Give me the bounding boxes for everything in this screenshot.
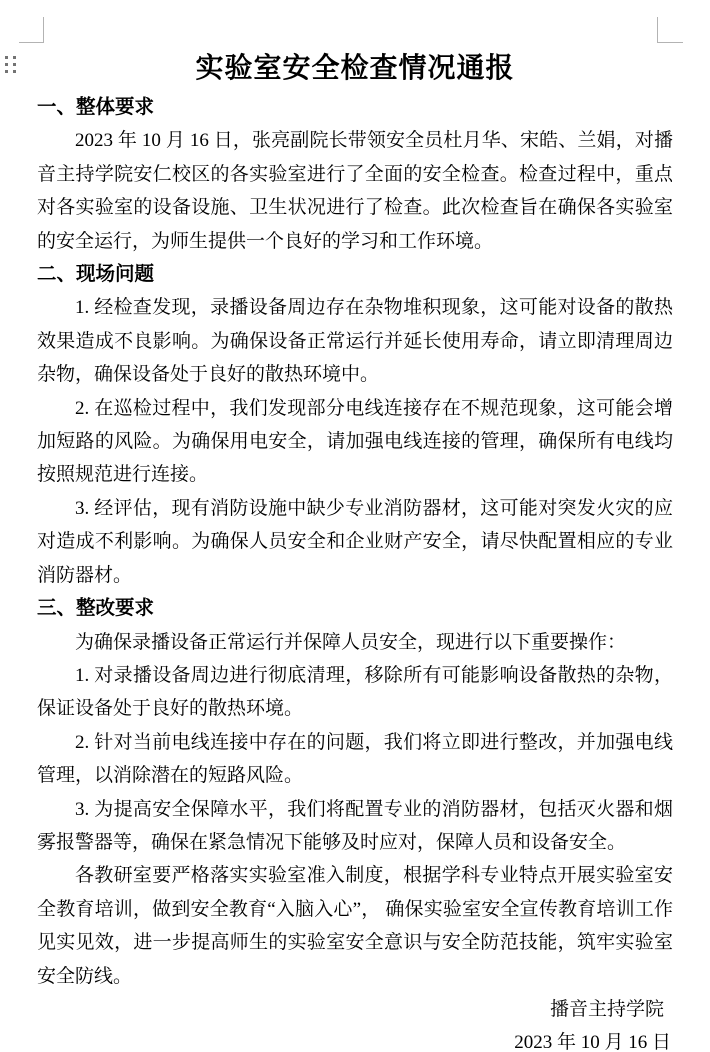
date: 2023 年 10 月 16 日 bbox=[37, 1026, 673, 1052]
paragraph: 1. 对录播设备周边进行彻底清理，移除所有可能影响设备散热的杂物，保证设备处于良… bbox=[37, 659, 673, 726]
paragraph: 2. 在巡检过程中，我们发现部分电线连接存在不规范现象，这可能会增加短路的风险。… bbox=[37, 392, 673, 492]
paragraph: 1. 经检查发现，录播设备周边存在杂物堆积现象，这可能对设备的散热效果造成不良影… bbox=[37, 291, 673, 391]
paragraph: 为确保录播设备正常运行并保障人员安全，现进行以下重要操作： bbox=[37, 626, 673, 659]
paragraph: 3. 为提高安全保障水平，我们将配置专业的消防器材，包括灭火器和烟雾报警器等，确… bbox=[37, 793, 673, 860]
drag-handle-icon[interactable] bbox=[5, 56, 16, 73]
document-title: 实验室安全检查情况通报 bbox=[37, 44, 673, 91]
section-heading-1: 一、整体要求 bbox=[37, 91, 673, 124]
document-page: 实验室安全检查情况通报 一、整体要求 2023 年 10 月 16 日，张亮副院… bbox=[0, 0, 710, 1052]
margin-corner-mark-top-right bbox=[657, 17, 683, 43]
paragraph: 2. 针对当前电线连接中存在的问题，我们将立即进行整改，并加强电线管理，以消除潜… bbox=[37, 726, 673, 793]
signature: 播音主持学院 bbox=[37, 993, 673, 1026]
paragraph: 各教研室要严格落实实验室准入制度，根据学科专业特点开展实验室安全教育培训，做到安… bbox=[37, 859, 673, 993]
document-content: 实验室安全检查情况通报 一、整体要求 2023 年 10 月 16 日，张亮副院… bbox=[37, 44, 673, 1052]
paragraph: 2023 年 10 月 16 日，张亮副院长带领安全员杜月华、宋皓、兰娟，对播音… bbox=[37, 124, 673, 258]
margin-corner-mark-top-left bbox=[19, 17, 44, 43]
paragraph: 3. 经评估，现有消防设施中缺少专业消防器材，这可能对突发火灾的应对造成不利影响… bbox=[37, 492, 673, 592]
section-heading-2: 二、现场问题 bbox=[37, 258, 673, 291]
section-heading-3: 三、整改要求 bbox=[37, 592, 673, 625]
